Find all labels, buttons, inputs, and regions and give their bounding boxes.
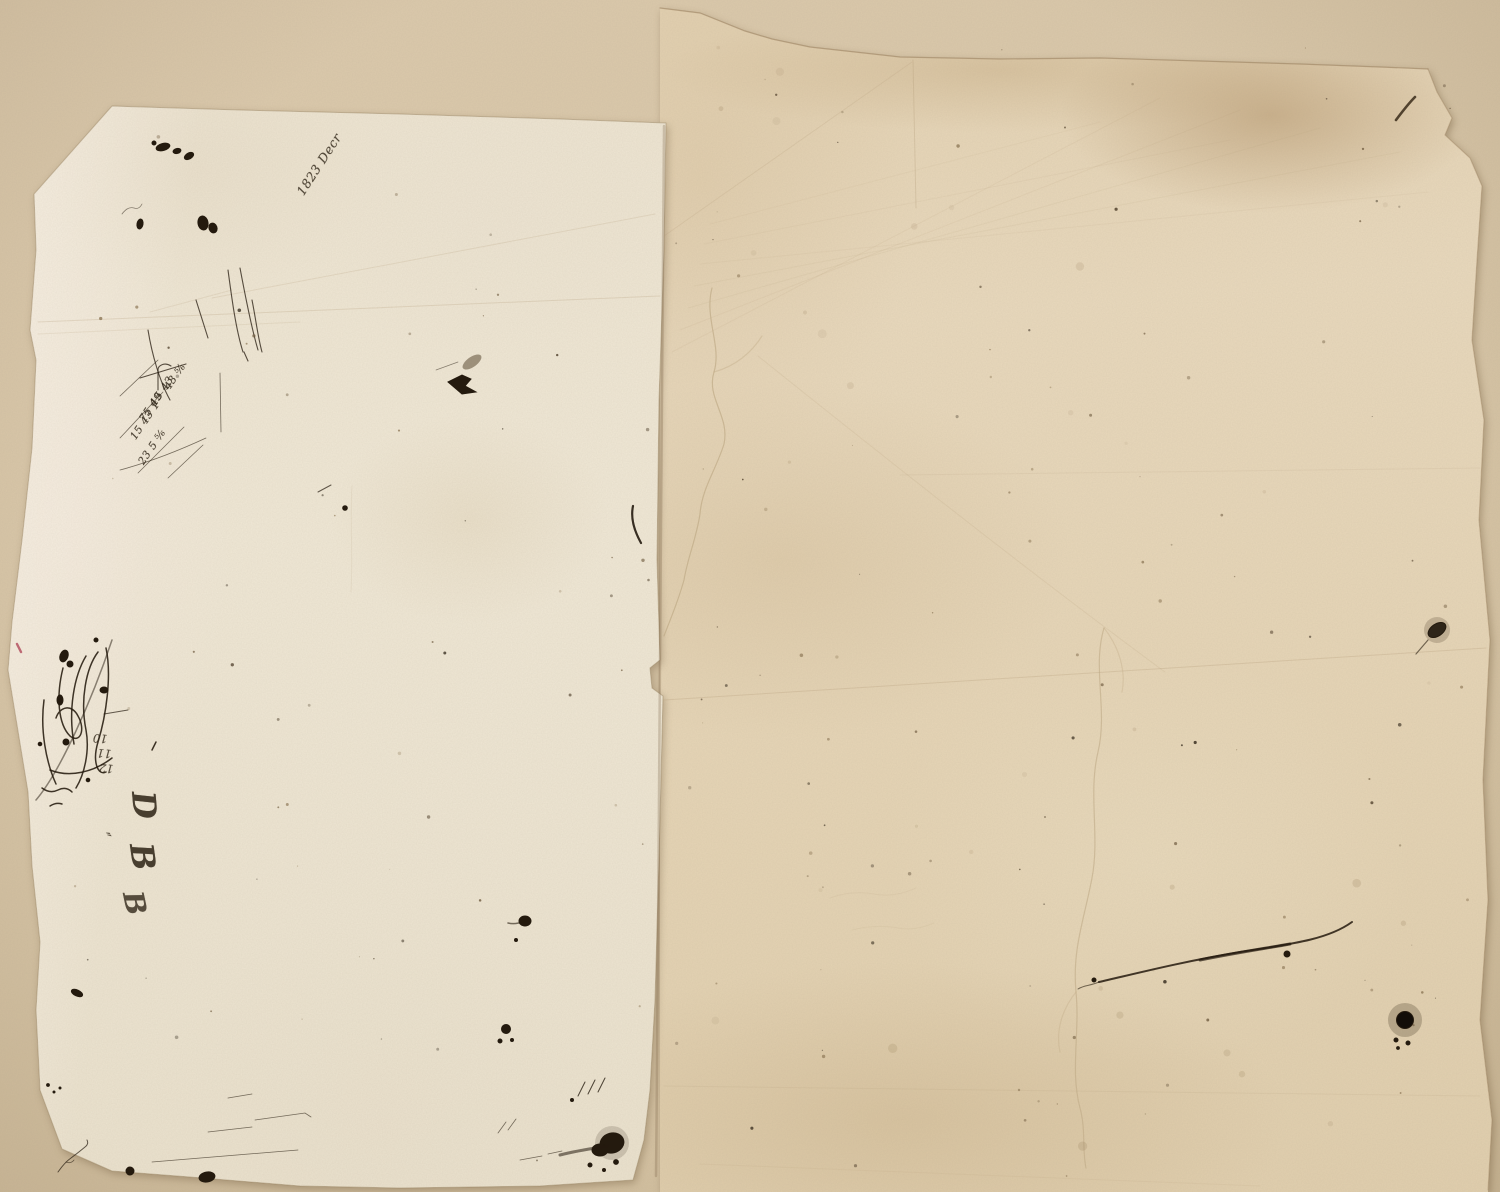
paper-grain <box>0 0 1500 1192</box>
scanned-document: 1823 Decr 43 ⅚ 15 43 75 49 15 43 1 23 5 … <box>0 0 1500 1192</box>
scan-detail-overlay <box>0 0 1500 1192</box>
